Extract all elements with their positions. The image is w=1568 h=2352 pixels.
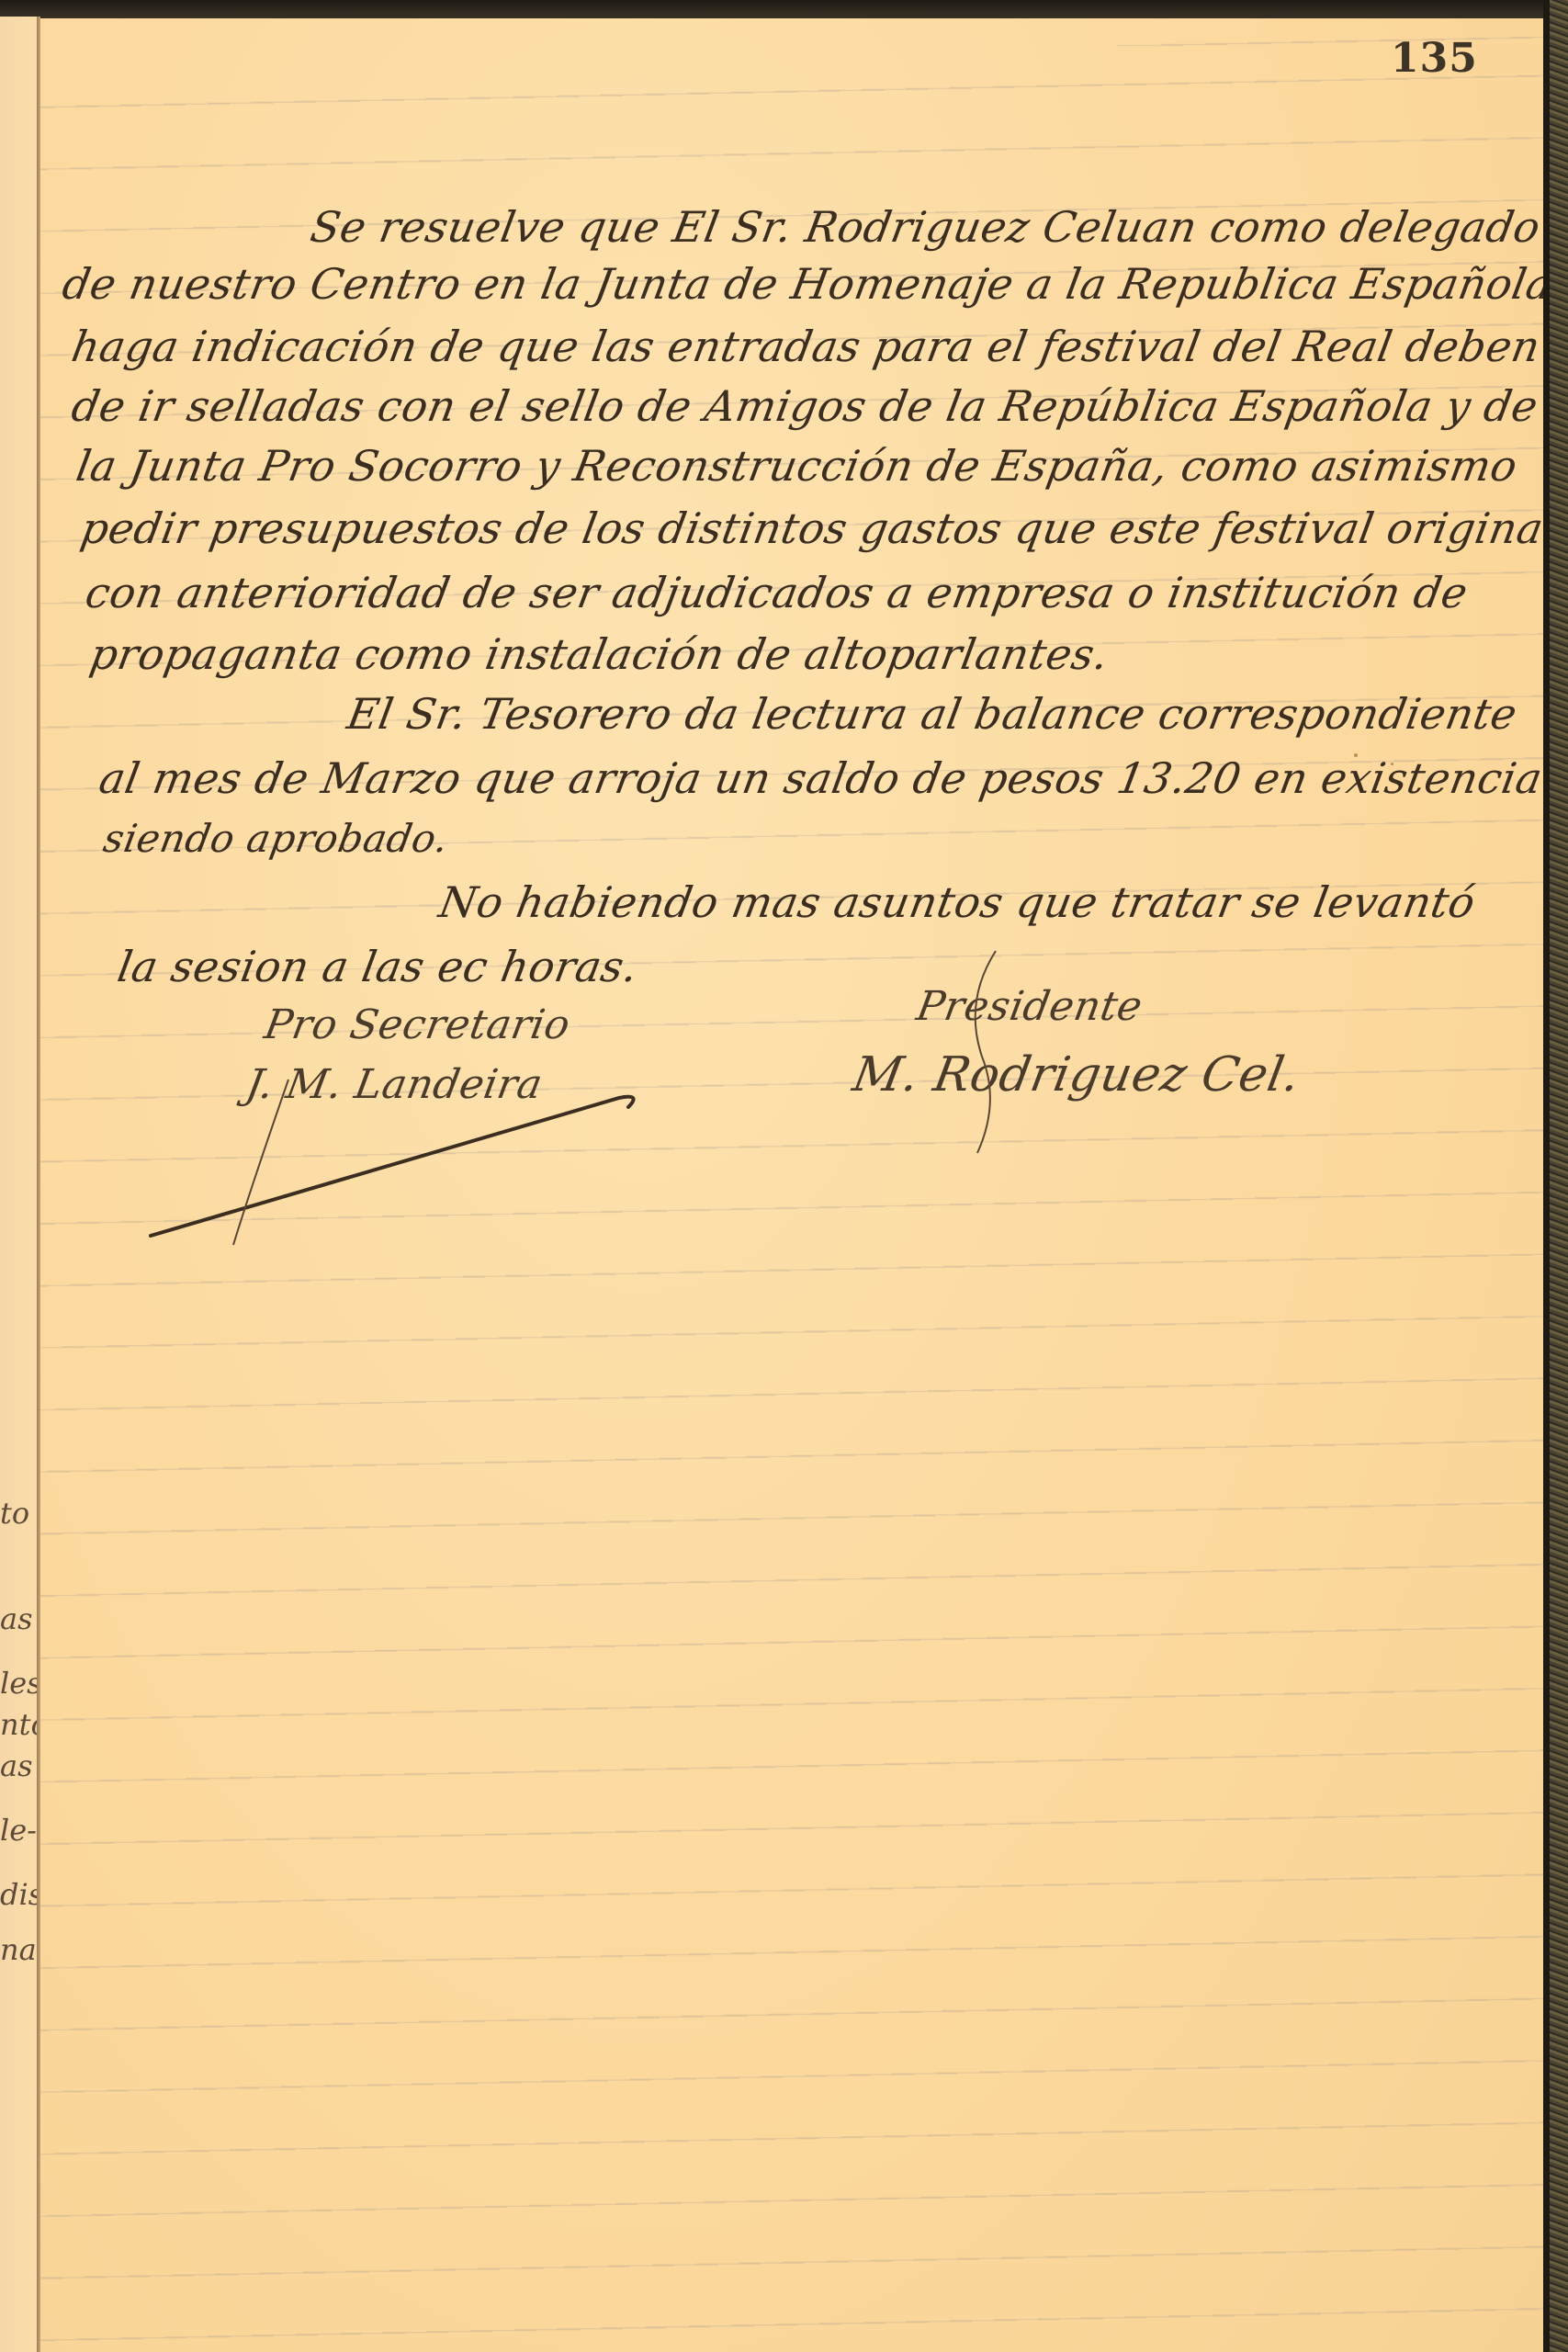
text-line: con anterioridad de ser adjudicados a em… [82, 568, 1472, 617]
text-line: El Sr. Tesorero da lectura al balance co… [344, 689, 1521, 739]
signature-name: M. Rodriguez Cel. [849, 1047, 1304, 1102]
margin-fragment: as [0, 1601, 33, 1636]
text-line: Se resuelve que El Sr. Rodriguez Celuan … [307, 202, 1543, 252]
previous-page-sliver: to as les nto as le- dis na [0, 17, 39, 2352]
signature-title: Presidente [913, 983, 1146, 1030]
signature-title: Pro Secretario [261, 1001, 574, 1048]
margin-fragment: dis [0, 1877, 39, 1912]
text-line: de nuestro Centro en la Junta de Homenaj… [59, 259, 1543, 309]
ink-speck [1354, 753, 1358, 757]
text-line: al mes de Marzo que arroja un saldo de p… [96, 753, 1543, 803]
margin-fragment: nto [0, 1707, 39, 1742]
text-line: pedir presupuestos de los distintos gast… [77, 503, 1543, 553]
text-line: la sesion a las ec horas. [114, 942, 642, 991]
margin-fragment: les [0, 1666, 39, 1701]
ink-speck [1391, 763, 1393, 765]
margin-fragment: as [0, 1748, 33, 1783]
margin-fragment: le- [0, 1813, 37, 1848]
margin-fragment: na [0, 1932, 37, 1967]
ledger-page: 135 Se resuelve que El Sr. Rodriguez Cel… [40, 18, 1543, 2352]
margin-fragment: to [0, 1496, 29, 1531]
text-line: No habiendo mas asuntos que tratar se le… [435, 877, 1479, 927]
book-cover [1550, 0, 1568, 2352]
text-line: propaganta como instalación de altoparla… [86, 629, 1112, 679]
text-line: siendo aprobado. [100, 816, 452, 861]
signature-loop-icon [959, 946, 1014, 1158]
page-number: 135 [1391, 35, 1478, 82]
text-line: la Junta Pro Socorro y Reconstrucción de… [73, 441, 1521, 491]
signature-flourish-icon [141, 1075, 656, 1259]
text-line: de ir selladas con el sello de Amigos de… [68, 381, 1542, 431]
book-top-edge [0, 0, 1568, 20]
text-line: haga indicación de que las entradas para… [68, 322, 1543, 371]
